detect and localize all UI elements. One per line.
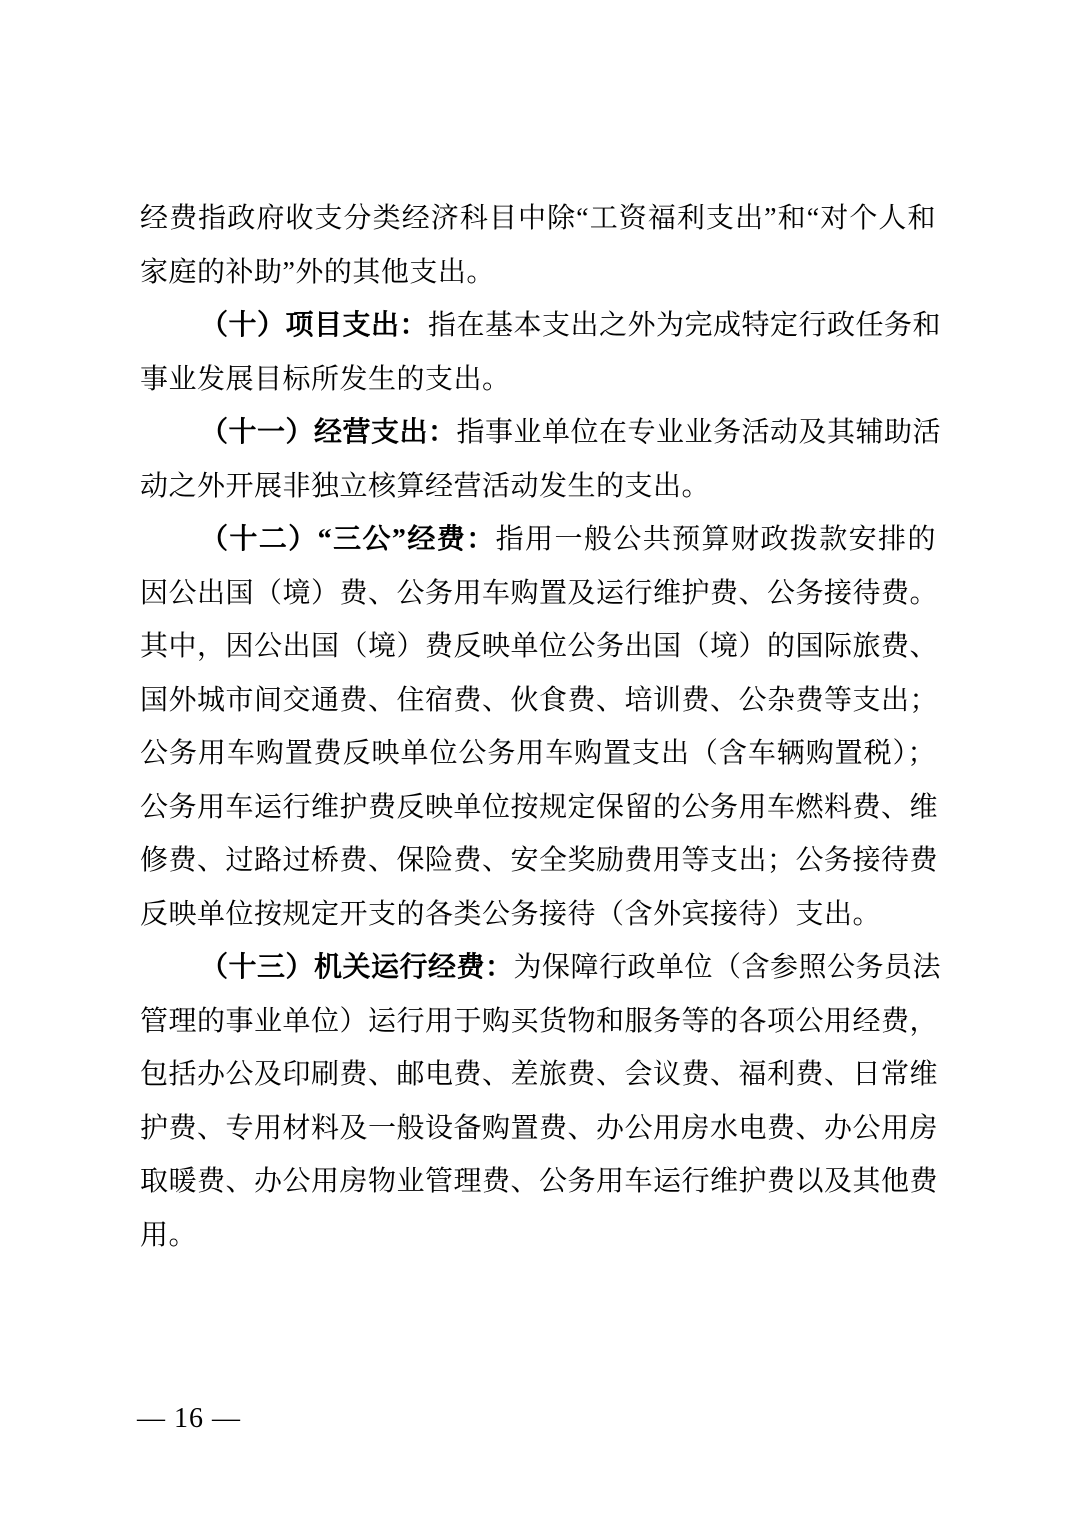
text-line: 事业发展目标所发生的支出。 [140,353,936,407]
line-text: 用。 [140,1220,197,1251]
term-heading: （十）项目支出： [200,310,428,341]
line-text: 事业发展目标所发生的支出。 [140,364,511,395]
line-text: 因公出国（境）费、公务用车购置及运行维护费、公务接待费。 [140,578,938,609]
line-text: 动之外开展非独立核算经营活动发生的支出。 [140,471,710,502]
text-line: 反映单位按规定开支的各类公务接待（含外宾接待）支出。 [140,888,936,942]
text-line: 修费、过路过桥费、保险费、安全奖励费用等支出；公务接待费 [140,834,936,888]
line-text: 公务用车购置费反映单位公务用车购置支出（含车辆购置税）； [140,738,936,769]
text-line: 因公出国（境）费、公务用车购置及运行维护费、公务接待费。 [140,567,936,621]
line-text: 其中，因公出国（境）费反映单位公务出国（境）的国际旅费、 [140,631,938,662]
text-line: 动之外开展非独立核算经营活动发生的支出。 [140,460,936,514]
term-heading: （十二）“三公”经费： [200,524,496,555]
line-text: 经费指政府收支分类经济科目中除“工资福利支出”和“对个人和 [140,203,936,234]
line-text: 护费、专用材料及一般设备购置费、办公用房水电费、办公用房 [140,1113,938,1144]
text-line: 公务用车运行维护费反映单位按规定保留的公务用车燃料费、维 [140,781,936,835]
text-line: （十二）“三公”经费：指用一般公共预算财政拨款安排的 [140,513,936,567]
document-page: 经费指政府收支分类经济科目中除“工资福利支出”和“对个人和 家庭的补助”外的其他… [0,0,1074,1520]
line-text: 为保障行政单位（含参照公务员法 [514,952,942,983]
page-number: — 16 — [137,1403,241,1434]
text-line: 用。 [140,1209,936,1263]
text-line: （十一）经营支出：指事业单位在专业业务活动及其辅助活 [140,406,936,460]
text-line: 国外城市间交通费、住宿费、伙食费、培训费、公杂费等支出； [140,674,936,728]
line-text: 家庭的补助”外的其他支出。 [140,257,495,288]
text-line: （十）项目支出：指在基本支出之外为完成特定行政任务和 [140,299,936,353]
page-footer: — 16 — [137,1402,241,1436]
line-text: 指在基本支出之外为完成特定行政任务和 [428,310,941,341]
line-text: 指用一般公共预算财政拨款安排的 [496,524,936,555]
term-heading: （十一）经营支出： [200,417,457,448]
line-text: 修费、过路过桥费、保险费、安全奖励费用等支出；公务接待费 [140,845,938,876]
text-line: 取暖费、办公用房物业管理费、公务用车运行维护费以及其他费 [140,1155,936,1209]
term-heading: （十三）机关运行经费： [200,952,514,983]
line-text: 指事业单位在专业业务活动及其辅助活 [457,417,942,448]
text-line: 公务用车购置费反映单位公务用车购置支出（含车辆购置税）； [140,727,936,781]
text-line: 包括办公及印刷费、邮电费、差旅费、会议费、福利费、日常维 [140,1048,936,1102]
text-line: 经费指政府收支分类经济科目中除“工资福利支出”和“对个人和 [140,192,936,246]
text-line: 护费、专用材料及一般设备购置费、办公用房水电费、办公用房 [140,1102,936,1156]
text-line: （十三）机关运行经费：为保障行政单位（含参照公务员法 [140,941,936,995]
line-text: 反映单位按规定开支的各类公务接待（含外宾接待）支出。 [140,899,881,930]
line-text: 公务用车运行维护费反映单位按规定保留的公务用车燃料费、维 [140,792,938,823]
line-text: 管理的事业单位）运行用于购买货物和服务等的各项公用经费， [140,1006,938,1037]
text-line: 管理的事业单位）运行用于购买货物和服务等的各项公用经费， [140,995,936,1049]
line-text: 包括办公及印刷费、邮电费、差旅费、会议费、福利费、日常维 [140,1059,938,1090]
line-text: 取暖费、办公用房物业管理费、公务用车运行维护费以及其他费 [140,1166,938,1197]
text-line: 其中，因公出国（境）费反映单位公务出国（境）的国际旅费、 [140,620,936,674]
document-body-text: 经费指政府收支分类经济科目中除“工资福利支出”和“对个人和 家庭的补助”外的其他… [140,192,936,1262]
line-text: 国外城市间交通费、住宿费、伙食费、培训费、公杂费等支出； [140,685,938,716]
text-line: 家庭的补助”外的其他支出。 [140,246,936,300]
